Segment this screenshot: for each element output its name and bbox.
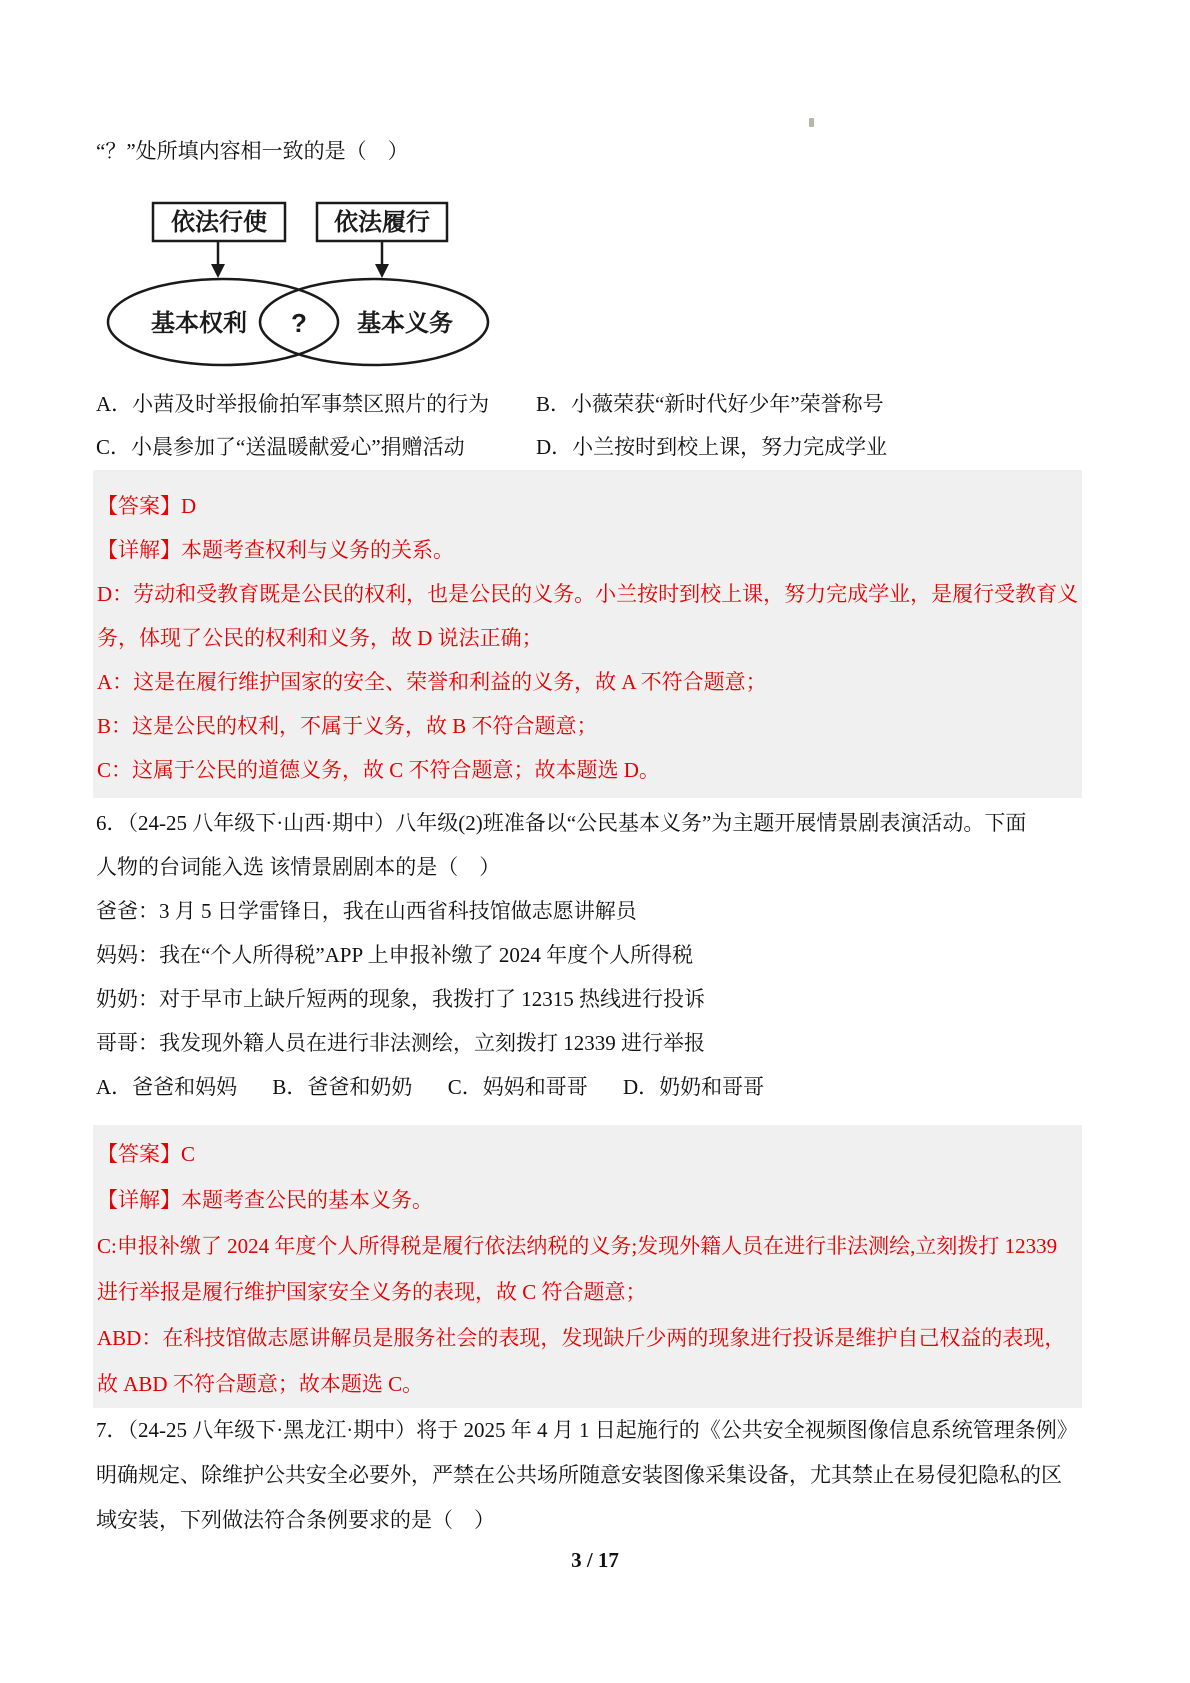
- q6-answer-block: 【答案】C 【详解】本题考查公民的基本义务。 C:申报补缴了 2024 年度个人…: [93, 1125, 1082, 1408]
- q5-analysis-line: B：这是公民的权利，不属于义务，故 B 不符合题意；: [97, 704, 1076, 748]
- page-number: 3 / 17: [0, 1548, 1190, 1573]
- q5-analysis-label: 【详解】: [97, 538, 181, 562]
- q6-dialogue-dad: 爸爸：3 月 5 日学雷锋日，我在山西省科技馆做志愿讲解员: [96, 889, 1096, 933]
- q5-analysis-line: 务，体现了公民的权利和义务，故 D 说法正确；: [97, 616, 1076, 660]
- q6-dialogue-grandma: 奶奶：对于早市上缺斤短两的现象，我拨打了 12315 热线进行投诉: [96, 977, 1096, 1021]
- rights-duties-venn-diagram: 依法行使 依法履行 基本权利 ? 基本义务: [96, 194, 516, 372]
- q5-option-c: C．小晨参加了“送温暖献爱心”捐赠活动: [96, 435, 465, 459]
- q7-stem-line: 明确规定、除维护公共安全必要外，严禁在公共场所随意安装图像采集设备，尤其禁止在易…: [96, 1453, 1096, 1498]
- arrow-left-head: [211, 264, 225, 278]
- q6-answer-value: C: [181, 1142, 195, 1166]
- q7-stem-line: 7．（24-25 八年级下·黑龙江·期中）将于 2025 年 4 月 1 日起施…: [96, 1408, 1096, 1453]
- q5-option-a: A．小茜及时举报偷拍军事禁区照片的行为: [96, 392, 489, 416]
- q6-answer-label: 【答案】: [97, 1142, 181, 1166]
- box-right-label: 依法履行: [334, 208, 430, 236]
- q6-options-row: A．爸爸和妈妈 B．爸爸和奶奶 C．妈妈和哥哥 D．奶奶和哥哥: [96, 1065, 1096, 1109]
- q5-options-row1: A．小茜及时举报偷拍军事禁区照片的行为 B．小薇荣获“新时代好少年”荣誉称号: [96, 388, 1096, 418]
- q6-option-b: B．爸爸和奶奶: [272, 1075, 412, 1099]
- q5-answer-block: 【答案】D 【详解】本题考查权利与义务的关系。 D：劳动和受教育既是公民的权利，…: [93, 470, 1082, 798]
- ellipse-right-label: 基本义务: [357, 309, 453, 337]
- q6-option-a: A．爸爸和妈妈: [96, 1075, 237, 1099]
- q5-answer-label: 【答案】: [97, 494, 181, 518]
- q6-dialogue-brother: 哥哥：我发现外籍人员在进行非法测绘，立刻拨打 12339 进行举报: [96, 1021, 1096, 1065]
- q6-analysis-line: 故 ABD 不符合题意；故本题选 C。: [97, 1361, 1076, 1407]
- box-left-label: 依法行使: [171, 208, 267, 236]
- q7-block: 7．（24-25 八年级下·黑龙江·期中）将于 2025 年 4 月 1 日起施…: [96, 1408, 1096, 1543]
- q5-options-row2: C．小晨参加了“送温暖献爱心”捐赠活动 D．小兰按时到校上课，努力完成学业: [96, 431, 1096, 461]
- q6-stem-line: 6．（24-25 八年级下·山西·期中）八年级(2)班准备以“公民基本义务”为主…: [96, 801, 1096, 845]
- q5-option-b: B．小薇荣获“新时代好少年”荣誉称号: [536, 388, 884, 418]
- q6-answer-line: 【答案】C: [97, 1131, 1076, 1177]
- q5-analysis-intro: 本题考查权利与义务的关系。: [181, 538, 454, 562]
- q5-diagram: 依法行使 依法履行 基本权利 ? 基本义务: [96, 194, 516, 378]
- q5-answer-line: 【答案】D: [97, 484, 1076, 528]
- q6-block: 6．（24-25 八年级下·山西·期中）八年级(2)班准备以“公民基本义务”为主…: [96, 801, 1096, 1109]
- q6-analysis-line: C:申报补缴了 2024 年度个人所得税是履行依法纳税的义务;发现外籍人员在进行…: [97, 1223, 1076, 1269]
- q5-analysis-line: A：这是在履行维护国家的安全、荣誉和利益的义务，故 A 不符合题意；: [97, 660, 1076, 704]
- q5-option-d: D．小兰按时到校上课，努力完成学业: [536, 431, 887, 461]
- scan-speck: [809, 118, 814, 127]
- q6-stem-line: 人物的台词能入选 该情景剧剧本的是（ ）: [96, 845, 1096, 889]
- q6-option-c: C．妈妈和哥哥: [448, 1075, 588, 1099]
- q5-analysis-line: C：这属于公民的道德义务，故 C 不符合题意；故本题选 D。: [97, 748, 1076, 792]
- q5-analysis-line: D：劳动和受教育既是公民的权利，也是公民的义务。小兰按时到校上课，努力完成学业，…: [97, 572, 1076, 616]
- q5-stem: “？”处所填内容相一致的是（ ）: [96, 135, 409, 165]
- q6-analysis-intro-line: 【详解】本题考查公民的基本义务。: [97, 1177, 1076, 1223]
- overlap-question-mark: ?: [291, 308, 307, 338]
- q6-dialogue-mom: 妈妈：我在“个人所得税”APP 上申报补缴了 2024 年度个人所得税: [96, 933, 1096, 977]
- ellipse-left-label: 基本权利: [151, 309, 247, 337]
- q6-analysis-intro: 本题考查公民的基本义务。: [181, 1188, 433, 1212]
- q5-answer-value: D: [181, 494, 196, 518]
- q7-stem-line: 域安装，下列做法符合条例要求的是（ ）: [96, 1498, 1096, 1543]
- q6-option-d: D．奶奶和哥哥: [623, 1075, 764, 1099]
- q6-analysis-label: 【详解】: [97, 1188, 181, 1212]
- arrow-right-head: [375, 264, 389, 278]
- q6-analysis-line: 进行举报是履行维护国家安全义务的表现，故 C 符合题意；: [97, 1269, 1076, 1315]
- q5-analysis-intro-line: 【详解】本题考查权利与义务的关系。: [97, 528, 1076, 572]
- q6-analysis-line: ABD：在科技馆做志愿讲解员是服务社会的表现，发现缺斤少两的现象进行投诉是维护自…: [97, 1315, 1076, 1361]
